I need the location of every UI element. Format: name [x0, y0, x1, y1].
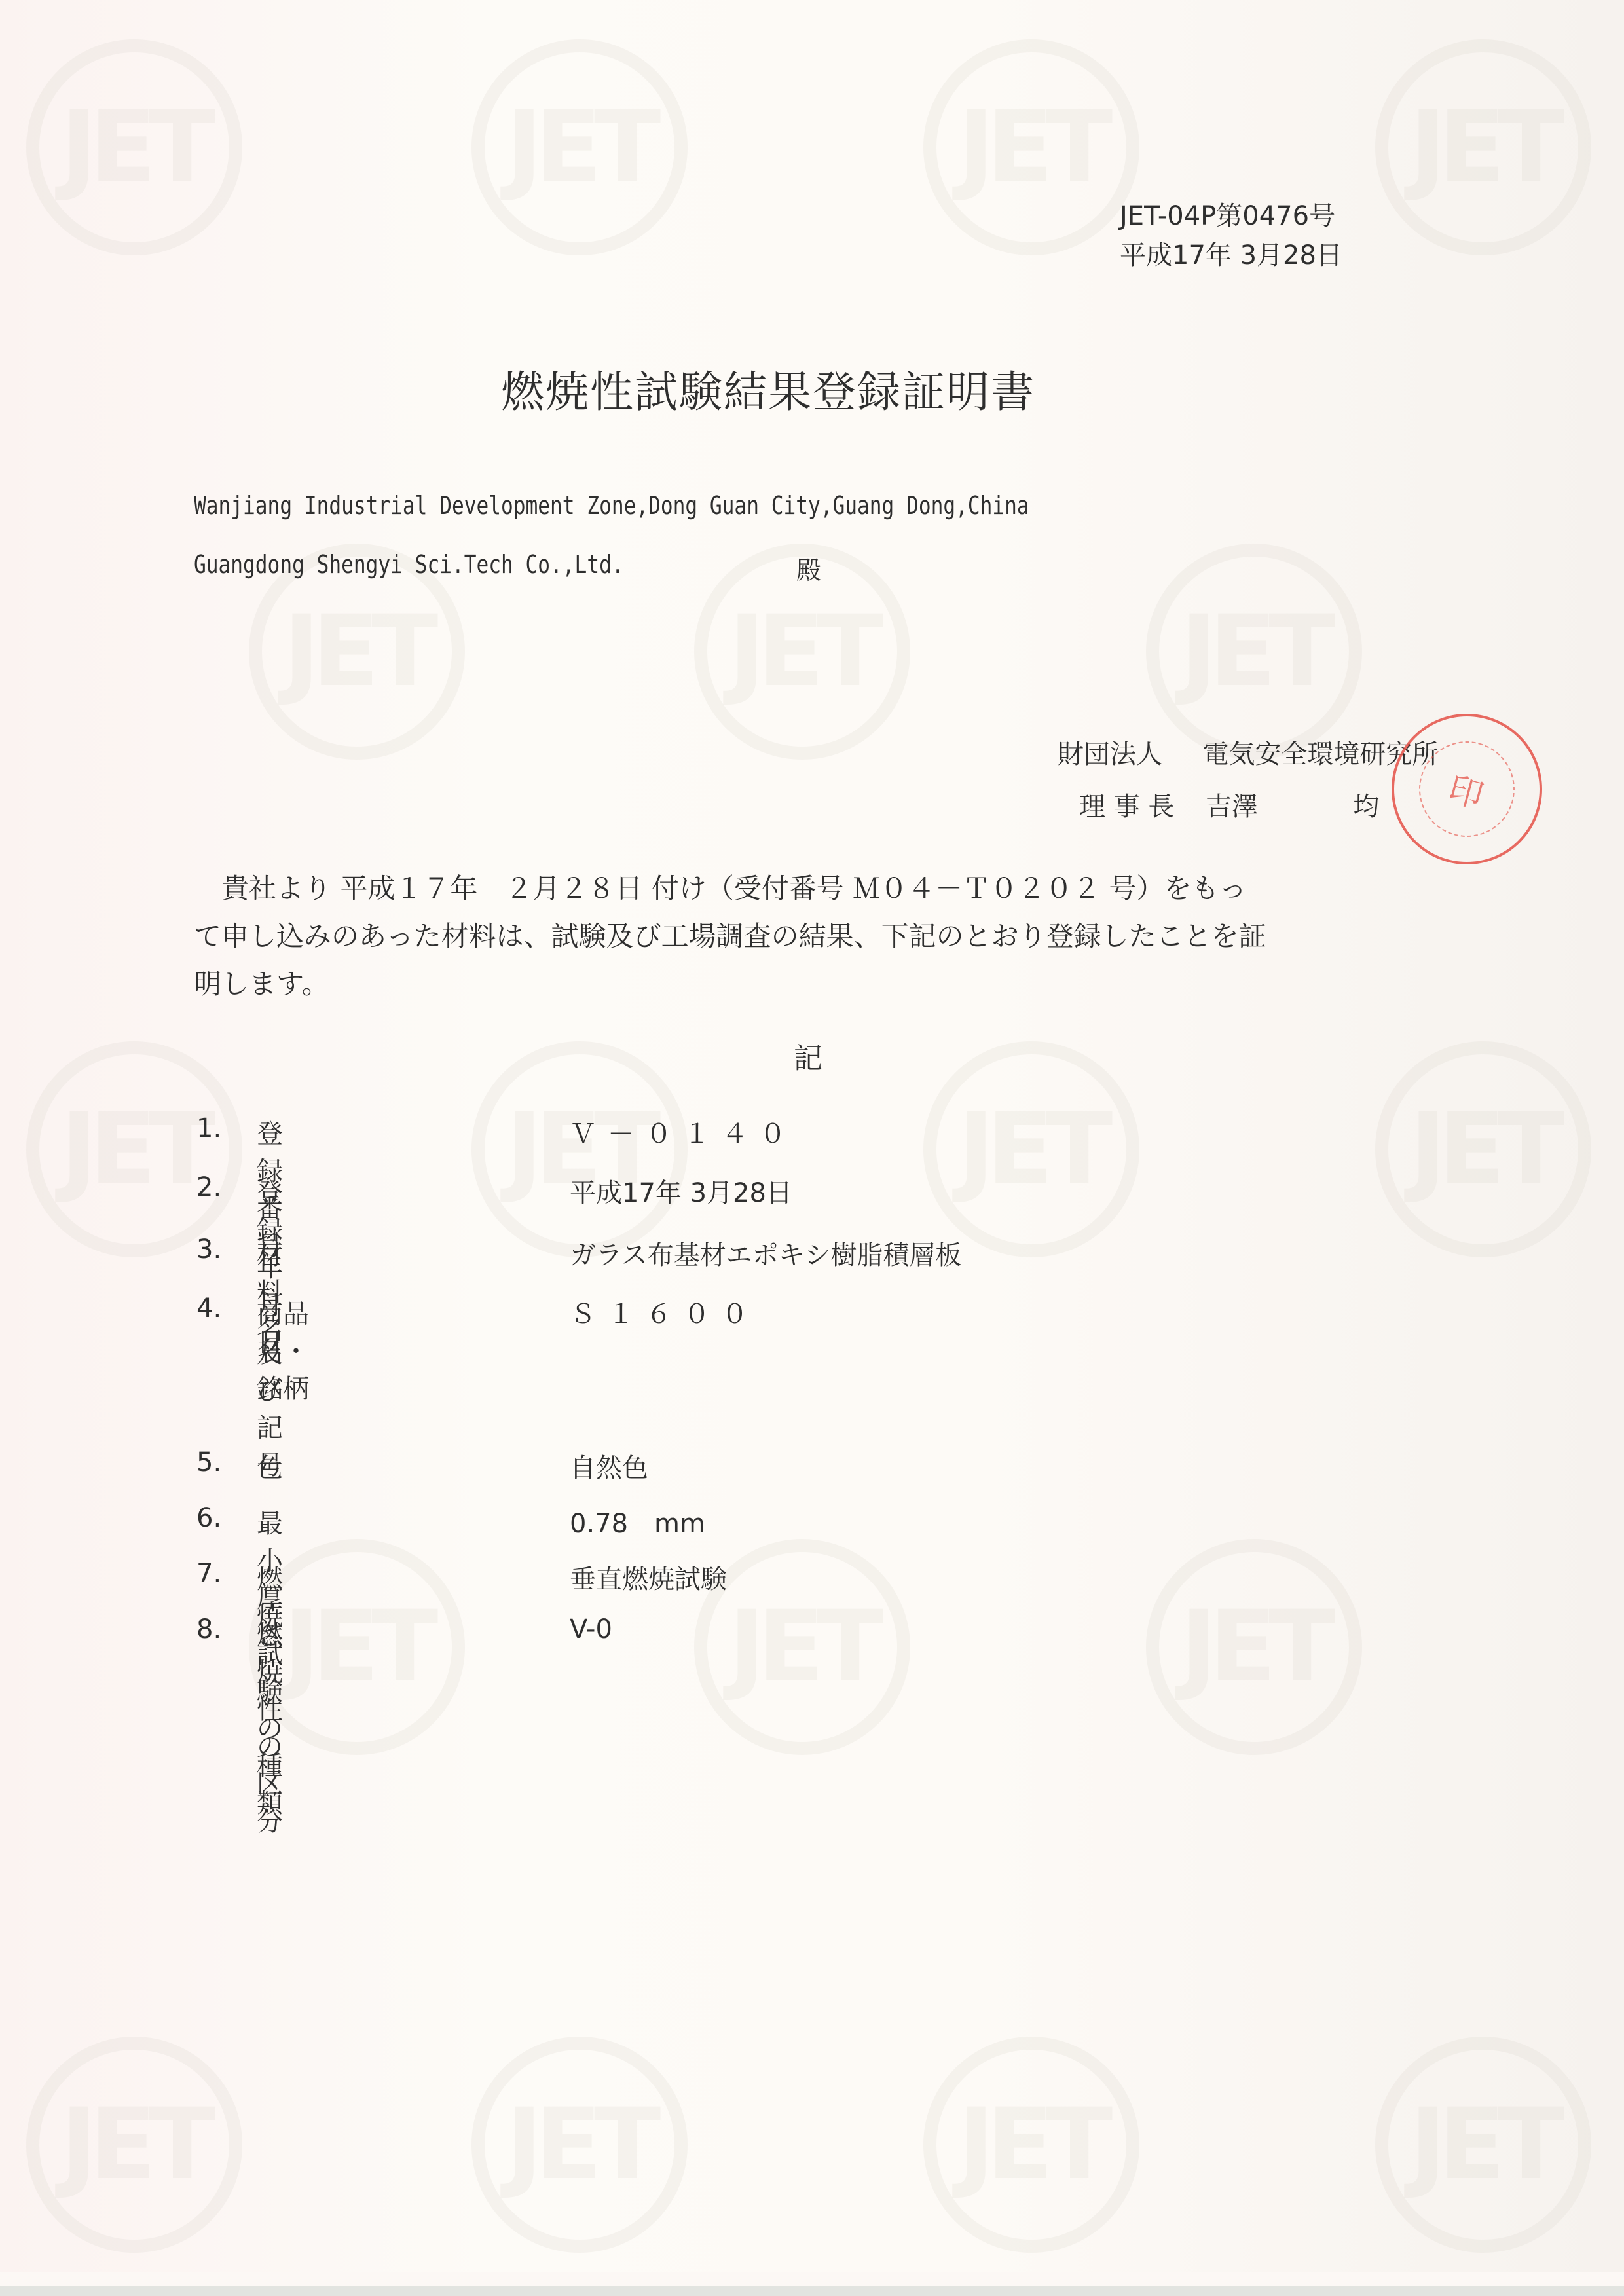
jet-watermark-logo: JET — [1146, 1539, 1362, 1755]
recipient-company: Guangdong Shengyi Sci.Tech Co.,Ltd. — [194, 550, 624, 579]
official-seal-stamp: 印 — [1392, 714, 1542, 864]
page-title: 燃焼性試験結果登録証明書 — [501, 357, 1035, 419]
organization-type: 財団法人 — [1058, 739, 1162, 769]
recipient-address: Wanjiang Industrial Development Zone,Don… — [194, 491, 1029, 520]
signatory-family-name: 吉澤 — [1206, 786, 1258, 823]
jet-watermark-logo: JET — [26, 1041, 242, 1257]
issuer-signatory: 理 事 長 吉澤 均 — [1079, 786, 1379, 823]
doc-header: JET-04P第0476号 平成17年 3月28日 — [1120, 196, 1342, 275]
document-number: JET-04P第0476号 — [1120, 196, 1342, 236]
scan-bottom-edge — [0, 2286, 1624, 2296]
seal-icon: 印 — [1409, 731, 1526, 848]
certificate-page: JET JET JET JET JET JET JET JET JET JET … — [0, 0, 1624, 2272]
jet-watermark-logo: JET — [26, 2037, 242, 2253]
jet-watermark-logo: JET — [26, 39, 242, 255]
statement-line-2: て申し込みのあった材料は、試験及び工場調査の結果、下記のとおり登録したことを証 — [194, 912, 1517, 960]
certification-statement: 貴社より 平成１７年 ２月２８日 付け（受付番号 Ｍ０４－Ｔ０２０２ 号）をもっ… — [194, 864, 1517, 1008]
jet-watermark-logo: JET — [1375, 1041, 1591, 1257]
jet-watermark-logo: JET — [1375, 2037, 1591, 2253]
recipient-honorific: 殿 — [796, 550, 821, 586]
jet-watermark-logo: JET — [471, 39, 688, 255]
jet-watermark-logo: JET — [471, 2037, 688, 2253]
signatory-given-name: 均 — [1353, 786, 1379, 823]
signatory-title: 理 事 長 — [1079, 786, 1174, 823]
recipient-company-line: Guangdong Shengyi Sci.Tech Co.,Ltd. 殿 — [194, 550, 718, 579]
statement-line-1: 貴社より 平成１７年 ２月２８日 付け（受付番号 Ｍ０４－Ｔ０２０２ 号）をもっ — [194, 864, 1517, 912]
jet-watermark-logo: JET — [1146, 544, 1362, 760]
statement-line-3: 明します。 — [194, 960, 1517, 1008]
jet-watermark-logo: JET — [1375, 39, 1591, 255]
issuer-organization: 財団法人 電気安全環境研究所 — [1058, 733, 1438, 771]
application-date: 平成１７年 ２月２８日 — [340, 872, 642, 904]
issue-date: 平成17年 3月28日 — [1120, 236, 1342, 275]
jet-watermark-logo: JET — [923, 39, 1139, 255]
section-heading-ki: 記 — [794, 1035, 822, 1077]
reception-number: Ｍ０４－Ｔ０２０２ — [853, 872, 1100, 904]
jet-watermark-logo: JET — [923, 1041, 1139, 1257]
jet-watermark-logo: JET — [923, 2037, 1139, 2253]
